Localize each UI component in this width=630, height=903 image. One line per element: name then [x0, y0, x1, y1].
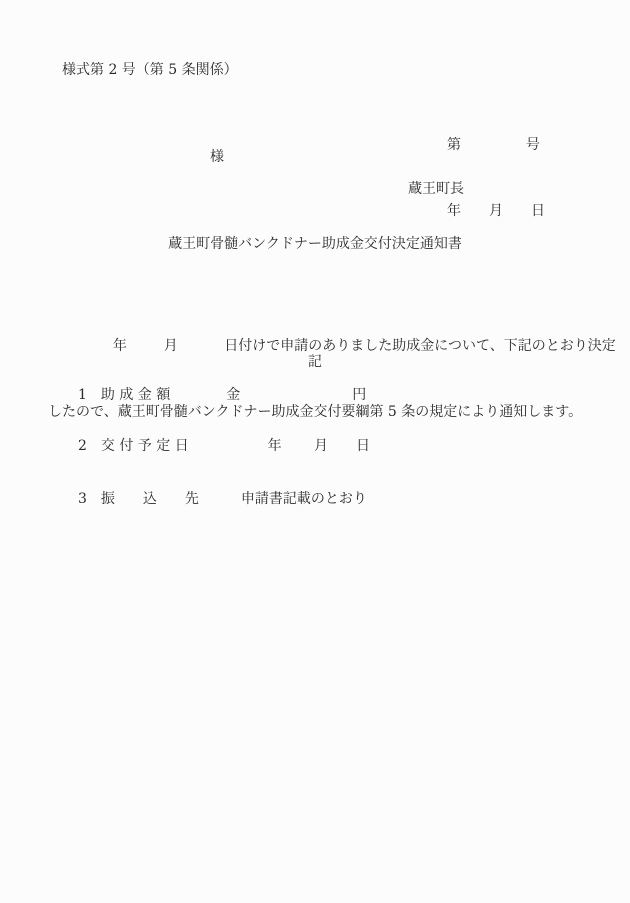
list-item-transfer-destination: 3 振 込 先 申請書記載のとおり [78, 488, 367, 510]
form-number-label: 様式第 2 号（第 5 条関係） [62, 59, 238, 81]
doc-number-line: 第 号 [447, 134, 545, 156]
document-page: 様式第 2 号（第 5 条関係） 第 号 年 月 日 様 蔵王町長 蔵王町骨髄バ… [0, 0, 630, 903]
list-item-payment-date: 2 交 付 予 定 日 年 月 日 [78, 435, 370, 457]
sender-title: 蔵王町長 [408, 178, 464, 200]
record-marker: 記 [0, 351, 630, 373]
addressee-honorific: 様 [210, 146, 224, 168]
list-item-subsidy-amount: 1 助 成 金 額 金 円 [78, 384, 366, 406]
document-title: 蔵王町骨髄バンクドナー助成金交付決定通知書 [0, 233, 630, 255]
doc-date-line: 年 月 日 [447, 200, 545, 222]
